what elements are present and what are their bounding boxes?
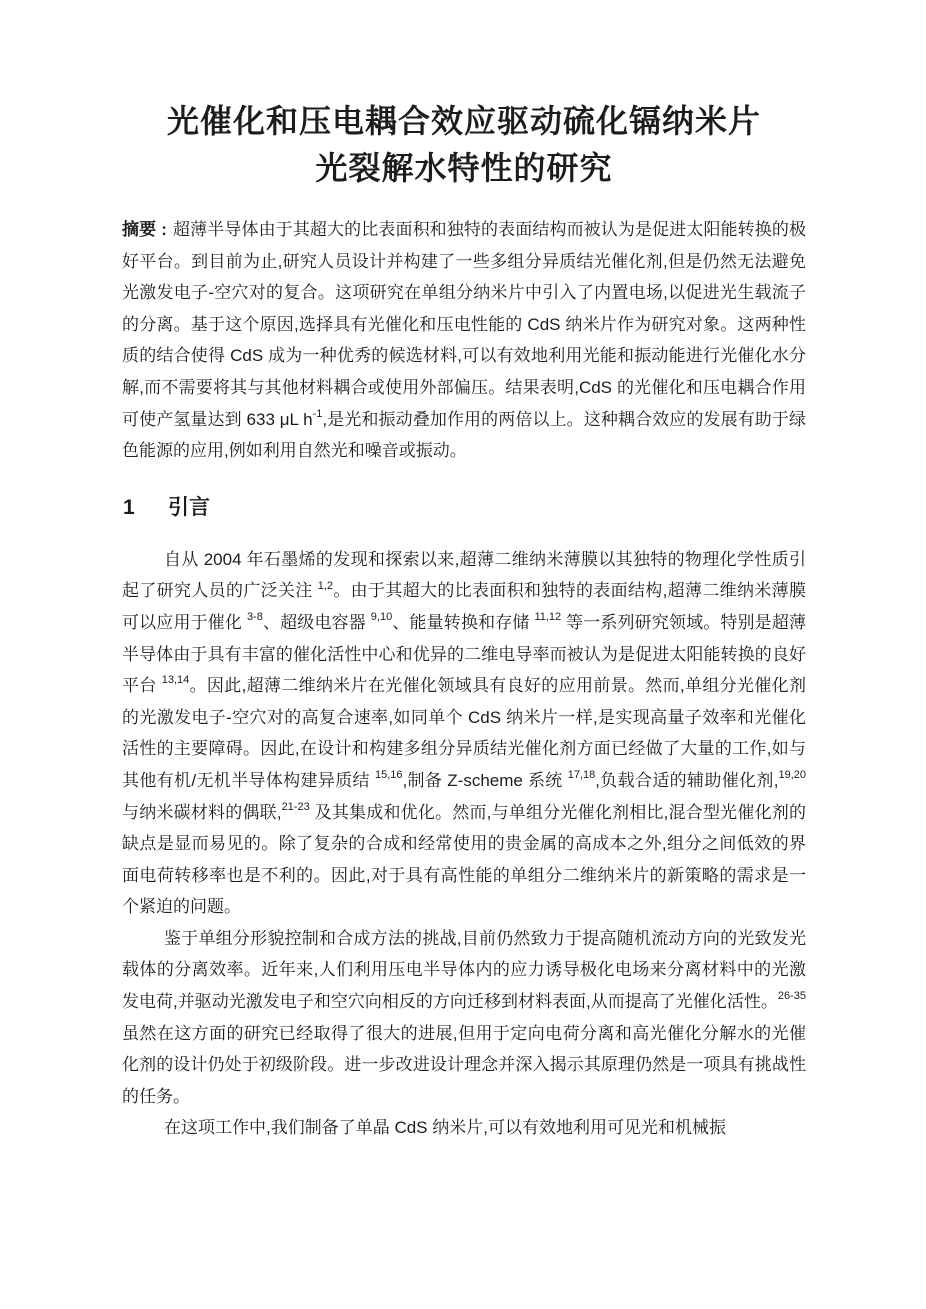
paragraph-introduction-2: 鉴于单组分形貌控制和合成方法的挑战,目前仍然致力于提高随机流动方向的光致发光载体… <box>122 923 806 1113</box>
document-page: 光催化和压电耦合效应驱动硫化镉纳米片 光裂解水特性的研究 摘要:超薄半导体由于其… <box>0 0 926 1309</box>
citation-superscript: 15,16 <box>375 769 403 781</box>
title-line-1: 光催化和压电耦合效应驱动硫化镉纳米片 <box>122 98 806 145</box>
abstract-label: 摘要 <box>122 220 156 239</box>
citation-superscript: 9,10 <box>371 611 392 623</box>
citation-superscript: 17,18 <box>568 769 596 781</box>
abstract: 摘要:超薄半导体由于其超大的比表面积和独特的表面结构而被认为是促进太阳能转换的极… <box>122 214 806 467</box>
abstract-text: 超薄半导体由于其超大的比表面积和独特的表面结构而被认为是促进太阳能转换的极好平台… <box>122 220 806 460</box>
section-title: 引言 <box>168 496 210 519</box>
citation-superscript: 13,14 <box>162 674 190 686</box>
paragraph-introduction-1: 自从 2004 年石墨烯的发现和探索以来,超薄二维纳米薄膜以其独特的物理化学性质… <box>122 544 806 923</box>
citation-superscript: 26-35 <box>778 990 806 1002</box>
citation-superscript: 11,12 <box>534 611 561 623</box>
citation-superscript: 3-8 <box>247 611 263 623</box>
document-title: 光催化和压电耦合效应驱动硫化镉纳米片 光裂解水特性的研究 <box>122 98 806 192</box>
paragraph-introduction-3: 在这项工作中,我们制备了单晶 CdS 纳米片,可以有效地利用可见光和机械振 <box>122 1112 806 1144</box>
section-number: 1 <box>123 494 168 522</box>
abstract-colon: : <box>161 220 167 239</box>
section-heading-introduction: 1引言 <box>123 494 806 522</box>
citation-superscript: 19,20 <box>778 769 806 781</box>
page-content: 光催化和压电耦合效应驱动硫化镉纳米片 光裂解水特性的研究 摘要:超薄半导体由于其… <box>0 0 926 1309</box>
title-line-2: 光裂解水特性的研究 <box>122 145 806 192</box>
citation-superscript: -1 <box>313 408 323 420</box>
citation-superscript: 1,2 <box>318 580 333 592</box>
citation-superscript: 21-23 <box>282 801 310 813</box>
